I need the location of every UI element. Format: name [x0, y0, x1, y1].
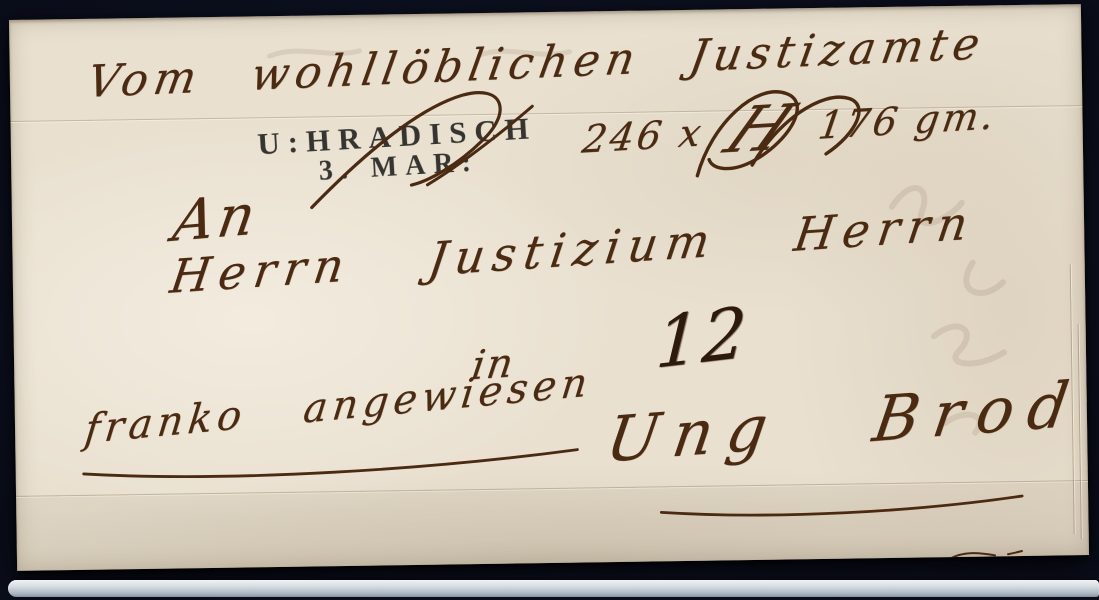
folded-letter-sheet: U:HRADISCH 3. MAR: Vom wohllöblichen Jus…: [9, 4, 1089, 571]
photo-scene: U:HRADISCH 3. MAR: Vom wohllöblichen Jus…: [0, 0, 1099, 600]
destination-underline: [661, 496, 1022, 517]
paraph-loop-right: [751, 97, 860, 165]
ghost-writing: [892, 187, 1004, 295]
ink-stroke-overlay: [9, 4, 1089, 571]
ink-scribble: [949, 551, 1022, 559]
document-sleeve-edge: [8, 580, 1099, 597]
paraph-loop-left: [696, 91, 798, 175]
ghost-writing: [269, 47, 569, 58]
ghost-writing: [934, 326, 1006, 433]
instruction-underline: [83, 450, 577, 479]
flourish-over-postmark: [310, 92, 501, 207]
